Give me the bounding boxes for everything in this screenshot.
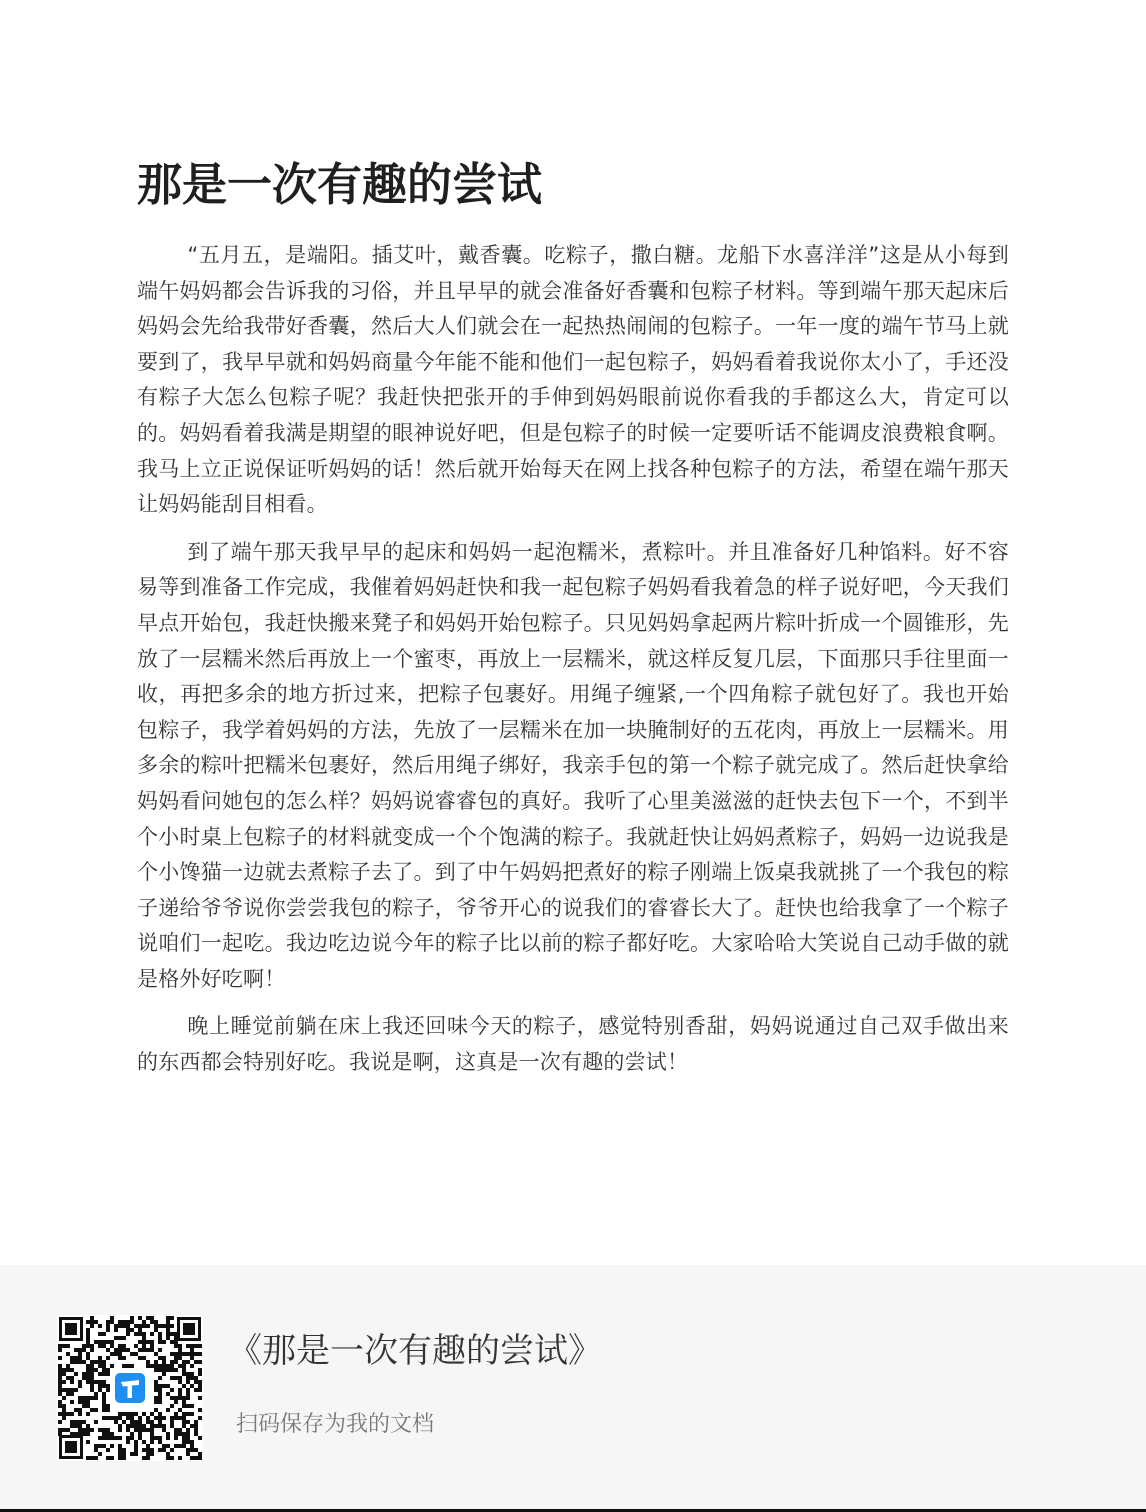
paragraph: 到了端午那天我早早的起床和妈妈一起泡糯米，煮粽叶。并且准备好几种馅料。好不容易等… — [137, 535, 1009, 998]
document-title: 那是一次有趣的尝试 — [137, 150, 1009, 220]
scan-to-save-label: 扫码保存为我的文档 — [236, 1410, 434, 1440]
article: 那是一次有趣的尝试 “五月五，是端阳。插艾叶，戴香囊。吃粽子，撒白糖。龙船下水喜… — [137, 150, 1009, 1093]
paragraph: 晚上睡觉前躺在床上我还回味今天的粽子，感觉特别香甜，妈妈说通过自己双手做出来的东… — [137, 1009, 1009, 1080]
paragraph: “五月五，是端阳。插艾叶，戴香囊。吃粽子，撒白糖。龙船下水喜洋洋”这是从小每到端… — [137, 238, 1009, 523]
qr-code-icon[interactable] — [57, 1315, 203, 1461]
app-logo-icon — [113, 1371, 147, 1405]
save-document-footer: 《那是一次有趣的尝试》 扫码保存为我的文档 — [0, 1265, 1146, 1512]
document-page: 那是一次有趣的尝试 “五月五，是端阳。插艾叶，戴香囊。吃粽子，撒白糖。龙船下水喜… — [0, 0, 1146, 1265]
footer-document-title: 《那是一次有趣的尝试》 — [228, 1329, 602, 1373]
